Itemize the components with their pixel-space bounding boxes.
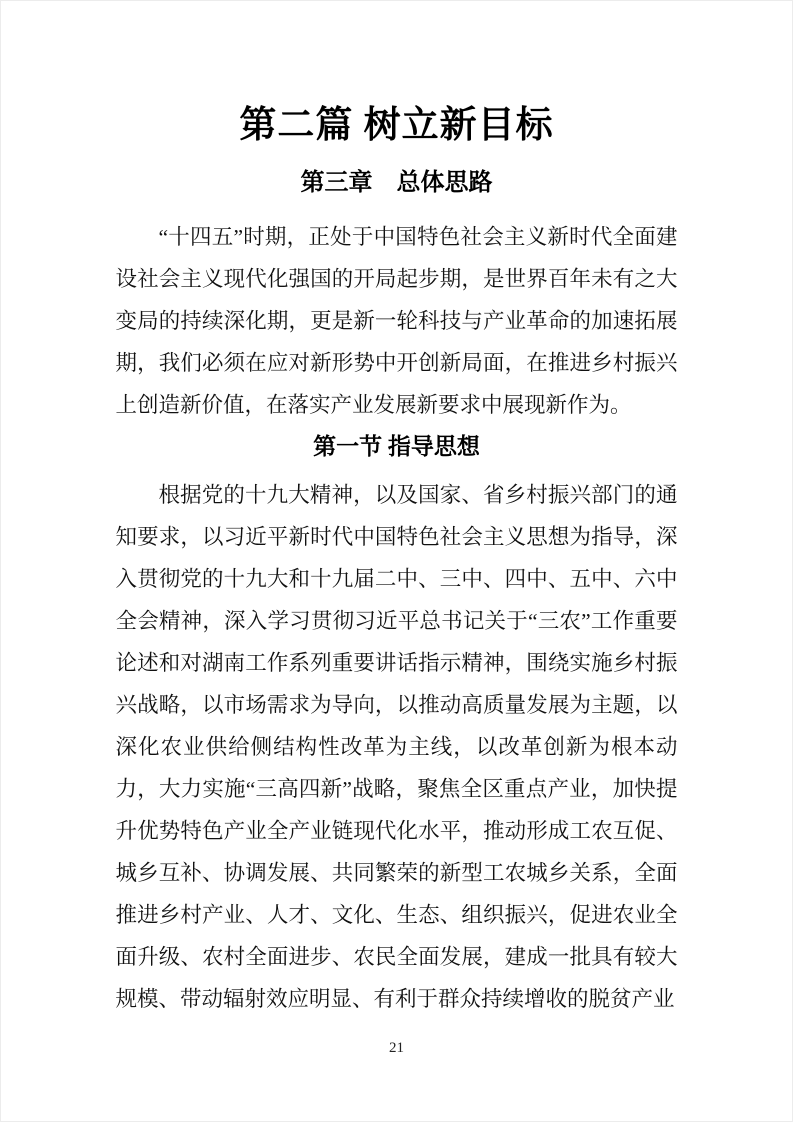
section-heading: 第一节 指导思想 — [116, 426, 678, 468]
paragraph-intro: “十四五”时期，正处于中国特色社会主义新时代全面建设社会主义现代化强国的开局起步… — [116, 216, 678, 426]
paragraph-guiding-ideology: 根据党的十九大精神，以及国家、省乡村振兴部门的通知要求，以习近平新时代中国特色社… — [116, 474, 678, 1020]
part-title: 第二篇 树立新目标 — [116, 101, 678, 151]
document-page: 第二篇 树立新目标 第三章 总体思路 “十四五”时期，正处于中国特色社会主义新时… — [0, 0, 793, 1122]
page-content: 第二篇 树立新目标 第三章 总体思路 “十四五”时期，正处于中国特色社会主义新时… — [116, 1, 678, 1020]
page-number: 21 — [1, 1040, 792, 1057]
chapter-heading: 第三章 总体思路 — [116, 168, 678, 198]
